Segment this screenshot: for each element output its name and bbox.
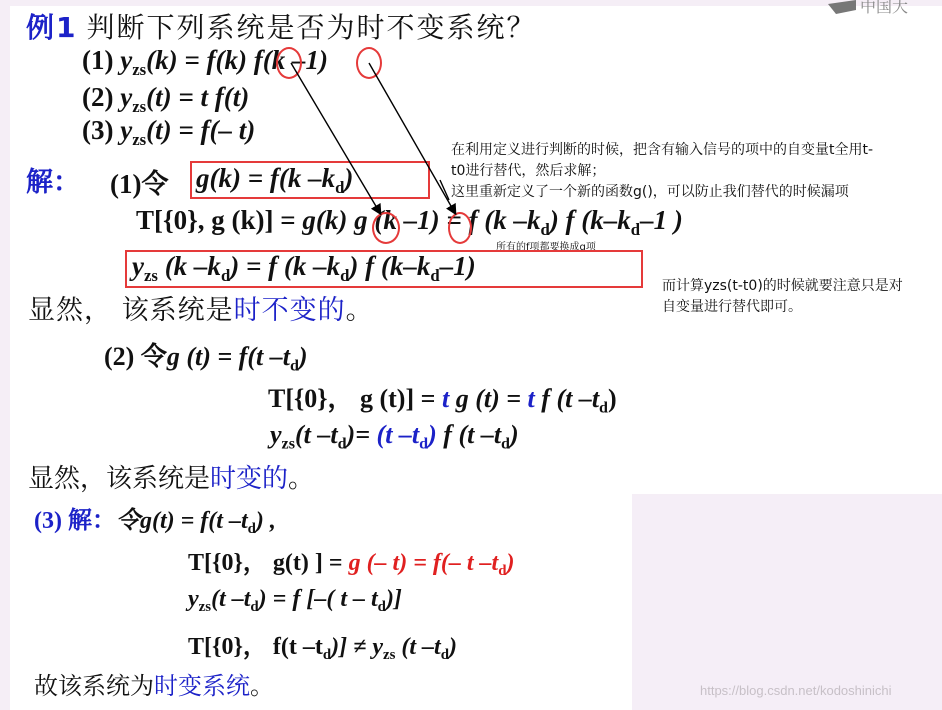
problem-rhs: = f(– t) <box>178 115 255 145</box>
eq-part: T[{0}， f(t –t <box>188 634 323 660</box>
problem-sub: zs <box>132 97 146 116</box>
eq-part: )] ≠ y <box>331 634 383 660</box>
problem-sub: zs <box>132 60 146 79</box>
problem-rhs: = f(k) f(k –1) <box>184 45 328 75</box>
conclusion-highlight: 时变系统 <box>154 672 250 700</box>
solution-3-T-line: T[{0}， g(t) ] = g (– t) = f(– t –td) <box>188 542 515 580</box>
solution-2-conclusion: 显然，该系统是时变的。 <box>28 458 314 495</box>
solution-2-T-line: T[{0}， g (t)] = t g (t) = t f (t –td) <box>268 378 617 418</box>
eq-sub: d <box>250 599 258 615</box>
problem-arg: (k) <box>146 45 177 75</box>
eq-sub: zs <box>144 266 158 285</box>
solution-2-step: (2) 令g (t) = f(t –td) <box>104 336 308 376</box>
eq-part: )] <box>386 586 402 612</box>
solution-label: 解： <box>26 167 80 198</box>
def-text: 令g(t) = f(t –t <box>116 508 248 534</box>
eq-sub: d <box>338 436 347 453</box>
eq-part: ) <box>507 550 515 576</box>
side-panel <box>632 496 942 710</box>
page-title: 例1 判断下列系统是否为时不变系统？ <box>26 6 537 46</box>
note-line: 在利用定义进行判断的时候，把含有输入信号的项中的自变量t全用t- <box>451 140 873 161</box>
conclusion-text: 故该系统为 <box>34 672 154 700</box>
problem-arg: (t) <box>146 82 171 112</box>
solution-1-step: (1)令 <box>110 162 168 201</box>
eq-part: ) f (k–k <box>550 205 631 235</box>
solution-2-y-line: yzs(t –td)= (t –td) f (t –td) <box>270 420 519 454</box>
note-line: 这里重新定义了一个新的函数g()，可以防止我们替代的时候漏项 <box>451 182 873 203</box>
eq-sub: d <box>378 599 386 615</box>
eq-sub: d <box>323 647 331 663</box>
eq-part: ) <box>510 420 519 449</box>
annotation-note-1: 在利用定义进行判断的时候，把含有输入信号的项中的自变量t全用t- t0进行替代，… <box>451 140 873 203</box>
highlight-circle <box>356 47 382 79</box>
eq-sub: d <box>541 220 550 239</box>
solution-1-T-line: T[{0}, g (k)] = g(k) g (k –1) = f (k –kd… <box>136 205 683 240</box>
problem-lhs: y <box>120 45 132 75</box>
logo-icon: 中国大 <box>826 0 942 14</box>
eq-part: ) <box>428 420 437 449</box>
eq-part: y <box>132 251 144 281</box>
solution-3-step: (3) 解：令g(t) = f(t –td) , <box>34 500 276 538</box>
eq-part: –1 ) <box>640 205 683 235</box>
note-line: 而计算yzs(t-t0)的时候就要注意只是对 <box>662 276 903 297</box>
def-sub: d <box>248 521 256 537</box>
eq-part: g (t) = <box>449 384 527 413</box>
problem-sub: zs <box>132 130 146 149</box>
eq-part: ) <box>608 384 617 413</box>
def-text: g (t) = f(t –t <box>167 342 290 371</box>
eq-part: ) = f [–( t – t <box>259 586 378 612</box>
highlight-circle <box>448 212 472 244</box>
eq-sub: d <box>599 400 608 417</box>
conclusion-text: 显然，该系统是 <box>28 464 210 494</box>
def-close: ) , <box>256 508 276 534</box>
definition-g: g(k) = f(k –kd) <box>196 163 353 198</box>
eq-part: y <box>188 586 199 612</box>
eq-sub: d <box>498 563 506 579</box>
solution-1-y-line: yzs (k –kd) = f (k –kd) f (k–kd–1) <box>132 251 476 286</box>
solution-3-y-line: yzs(t –td) = f [–( t – td)] <box>188 586 402 616</box>
conclusion-end: 。 <box>288 464 314 494</box>
conclusion-highlight: 时不变的 <box>234 295 346 326</box>
title-text: 判断下列系统是否为时不变系统？ <box>86 11 536 44</box>
highlight-circle <box>276 47 302 79</box>
problem-num: (3) <box>82 115 113 145</box>
eq-part: T[{0}， g (t)] = <box>268 384 442 413</box>
step-label: (3) 解： <box>34 508 116 534</box>
eq-part: t <box>528 384 535 413</box>
eq-part: –1) <box>440 251 476 281</box>
eq-part: (t –t <box>295 420 338 449</box>
eq-sub: d <box>221 266 230 285</box>
eq-part: ) f (k–k <box>349 251 430 281</box>
highlight-circle <box>372 212 400 244</box>
problem-3: (3) yzs(t) = f(– t) <box>82 115 255 150</box>
conclusion-highlight: 时变的 <box>210 464 288 494</box>
eq-sub: d <box>501 436 510 453</box>
problem-arg: (t) <box>146 115 171 145</box>
eq-part: (t –t <box>395 634 440 660</box>
def-close: ) <box>299 342 308 371</box>
note-line: 自变量进行替代即可。 <box>662 297 903 318</box>
solution-3-neq-line: T[{0}， f(t –td)] ≠ yzs (t –td) <box>188 626 457 664</box>
solution-3-conclusion: 故该系统为时变系统。 <box>34 666 274 701</box>
step-label: (2) 令 <box>104 342 167 371</box>
eq-sub: zs <box>199 599 211 615</box>
def-close: ) <box>344 163 353 193</box>
eq-part: g (– t) = f(– t –t <box>349 550 499 576</box>
problem-num: (2) <box>82 82 113 112</box>
note-line: t0进行替代，然后求解； <box>451 161 873 182</box>
eq-part: y <box>270 420 282 449</box>
eq-part: g <box>354 205 368 235</box>
eq-sub: d <box>631 220 640 239</box>
annotation-note-3: 而计算yzs(t-t0)的时候就要注意只是对 自变量进行替代即可。 <box>662 276 903 318</box>
eq-part: (k) <box>316 205 354 235</box>
def-text: g(k) = f(k –k <box>196 163 335 193</box>
example-label: 例1 <box>26 11 77 44</box>
watermark: https://blog.csdn.net/kodoshinichi <box>700 683 892 698</box>
eq-part: g <box>302 205 316 235</box>
conclusion-text: 显然， 该系统是 <box>28 295 234 326</box>
eq-part: T[{0}， g(t) ] = <box>188 550 349 576</box>
eq-sub: d <box>419 436 428 453</box>
eq-part: f (t –t <box>535 384 599 413</box>
problem-num: (1) <box>82 45 113 75</box>
problem-lhs: y <box>120 82 132 112</box>
eq-part: )= <box>347 420 377 449</box>
def-sub: d <box>290 358 299 375</box>
solution-1-header: 解： <box>26 160 80 199</box>
conclusion-end: 。 <box>346 295 374 326</box>
eq-sub: zs <box>282 436 295 453</box>
problem-2: (2) yzs(t) = t f(t) <box>82 82 249 117</box>
eq-part: ) <box>449 634 457 660</box>
problem-lhs: y <box>120 115 132 145</box>
eq-sub: zs <box>383 647 395 663</box>
eq-part: (t –t <box>211 586 250 612</box>
problem-rhs: = t f(t) <box>178 82 249 112</box>
eq-part: (k –k <box>158 251 221 281</box>
solution-1-conclusion: 显然， 该系统是时不变的。 <box>28 288 374 327</box>
eq-part: (t –t <box>377 420 420 449</box>
svg-text:中国大: 中国大 <box>860 0 908 14</box>
eq-part: T[{0}, g (k)] = <box>136 205 302 235</box>
eq-sub: d <box>430 266 439 285</box>
logo: 中国大 <box>826 0 942 14</box>
eq-part: f (t –t <box>437 420 501 449</box>
eq-sub: d <box>441 647 449 663</box>
step-label: (1)令 <box>110 169 168 199</box>
eq-part: ) = f (k –k <box>230 251 340 281</box>
conclusion-end: 。 <box>250 672 274 700</box>
